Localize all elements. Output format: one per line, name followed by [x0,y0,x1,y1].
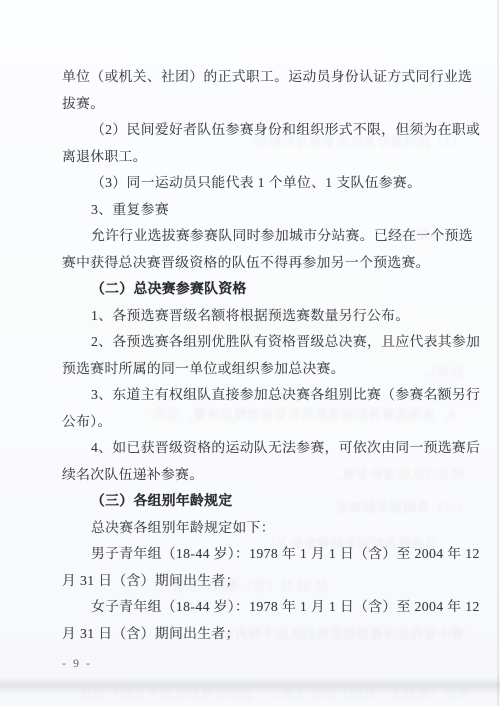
text-line: 公布）。 [62,409,462,436]
text-line: 3、重复参赛 [62,197,462,224]
scan-shadow-band [0,677,500,694]
text-line: 月 31 日（含）期间出生者； [62,568,462,595]
text-line: 女子青年组（18-44 岁）：1978 年 1 月 1 日（含）至 2004 年… [62,594,462,621]
text-line: 1、各预选赛晋级名额将根据预选赛数量另行公布。 [62,303,462,330]
document-page: （2）民间爱好者队伍参赛身份和组织形式不限，但须为在职或 3、重复参赛 公布）。… [0,0,500,706]
text-line: （3）同一运动员只能代表 1 个单位、1 支队伍参赛。 [62,170,462,197]
text-line: 4、如已获晋级资格的运动队无法参赛，可依次由同一预选赛后 [62,435,462,462]
text-line: 单位（或机关、社团）的正式职工。运动员身份认证方式同行业选 [62,64,462,91]
text-line: （2）民间爱好者队伍参赛身份和组织形式不限，但须为在职或 [62,117,462,144]
text-line: 离退休职工。 [62,144,462,171]
text-line: 预选赛时所属的同一单位或组织参加总决赛。 [62,356,462,383]
section-heading: （二）总决赛参赛队资格 [62,276,462,303]
page-number: - 9 - [62,654,92,672]
text-line: 拔赛。 [62,91,462,118]
section-heading: （三）各组别年龄规定 [62,488,462,515]
text-line: 2、各预选赛各组别优胜队有资格晋级总决赛，且应代表其参加 [62,329,462,356]
text-line: 续名次队伍递补参赛。 [62,462,462,489]
text-line: 总决赛各组别年龄规定如下： [62,515,462,542]
text-line: 赛中获得总决赛晋级资格的队伍不得再参加另一个预选赛。 [62,250,462,277]
document-body: 单位（或机关、社团）的正式职工。运动员身份认证方式同行业选 拔赛。 （2）民间爱… [62,64,462,647]
scan-edge-line [497,0,499,706]
text-line: 月 31 日（含）期间出生者； [62,621,462,648]
text-line: 3、东道主有权组队直接参加总决赛各组别比赛（参赛名额另行 [62,382,462,409]
text-line: 男子青年组（18-44 岁）：1978 年 1 月 1 日（含）至 2004 年… [62,541,462,568]
text-line: 允许行业选拔赛参赛队同时参加城市分站赛。已经在一个预选 [62,223,462,250]
